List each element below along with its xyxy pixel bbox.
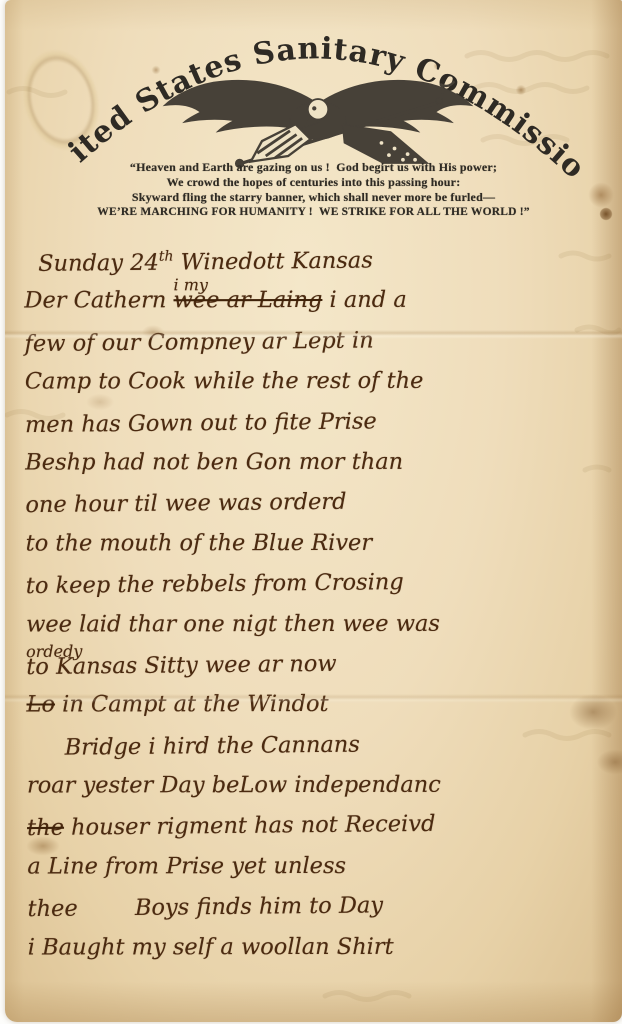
- handwritten-text: Camp to Cook while the rest of the: [25, 368, 424, 395]
- handwritten-text: i and a: [322, 287, 406, 313]
- handwritten-text: men has Gown out to fite Prise: [25, 408, 377, 438]
- handwritten-text: houser rigment has not Receivd: [64, 811, 436, 841]
- letter-line: the houser rigment has not Receivd: [27, 809, 615, 856]
- letter-line: wee laid thar one nigt then wee was: [26, 610, 614, 651]
- letter-line: men has Gown out to fite Prise: [25, 405, 613, 452]
- struck-out-text: the: [27, 815, 64, 841]
- letter-line: Sunday 24th Winedott Kansas: [24, 244, 612, 291]
- letter-line: Beshp had not ben Gon mor than: [25, 448, 613, 489]
- motto-line: WE’RE MARCHING FOR HUMANITY ! WE STRIKE …: [5, 205, 622, 220]
- letterhead-motto: “Heaven and Earth are gazing on us ! God…: [5, 160, 622, 220]
- handwritten-text: Sunday 24: [38, 250, 159, 277]
- letter-line: one hour til wee was orderd: [25, 486, 613, 533]
- handwritten-text: few of our Compney ar Lept in: [24, 327, 373, 357]
- letter-line: Camp to Cook while the rest of the: [25, 368, 613, 409]
- letter-line: to the mouth of the Blue River: [26, 529, 614, 570]
- handwritten-text: roar yester Day beLow independanc: [27, 772, 441, 799]
- handwritten-text: Bridge i hird the Cannans: [65, 731, 360, 760]
- struck-out-text: Lo: [26, 692, 55, 718]
- motto-line: We crowd the hopes of centuries into thi…: [5, 175, 622, 190]
- handwritten-text: a Line from Prise yet unless: [27, 853, 346, 880]
- handwritten-text: Beshp had not ben Gon mor than: [25, 449, 403, 476]
- motto-line: Skyward fling the starry banner, which s…: [5, 190, 622, 205]
- letter-line: Lo in Campt at the Windot: [26, 691, 614, 732]
- letter-line: to keep the rebbels from Crosing: [26, 567, 614, 614]
- letter-line: a Line from Prise yet unless: [27, 852, 615, 893]
- letter-body: Sunday 24th Winedott KansasDer Cathern i…: [24, 245, 616, 975]
- handwritten-text: in Campt at the Windot: [55, 691, 329, 717]
- handwritten-text: one hour til wee was orderd: [25, 489, 346, 518]
- eagle-emblem-icon: [153, 72, 483, 170]
- letter-line: ordedyto Kansas Sitty wee ar now: [26, 648, 614, 695]
- handwritten-text: thee Boys finds him to Day: [27, 893, 383, 923]
- letter-line: roar yester Day beLow independanc: [27, 772, 615, 813]
- scanned-letter-page: United States Sanitary Commission.: [0, 0, 622, 1024]
- handwritten-text: to the mouth of the Blue River: [26, 530, 372, 557]
- letter-line: thee Boys finds him to Day: [27, 890, 615, 937]
- handwritten-text: Der Cathern: [24, 288, 173, 314]
- motto-line: “Heaven and Earth are gazing on us ! God…: [5, 160, 622, 175]
- handwritten-text: to keep the rebbels from Crosing: [26, 569, 404, 599]
- letter-line: few of our Compney ar Lept in: [24, 325, 612, 372]
- letter-line: i Baught my self a woollan Shirt: [28, 933, 616, 974]
- paper-sheet: United States Sanitary Commission.: [5, 0, 622, 1022]
- handwritten-text: i Baught my self a woollan Shirt: [28, 934, 394, 961]
- handwritten-text: wee laid thar one nigt then wee was: [26, 610, 440, 637]
- letterhead: United States Sanitary Commission.: [5, 0, 622, 245]
- handwritten-text: Winedott Kansas: [173, 247, 373, 275]
- superscript-text: th: [159, 249, 174, 265]
- letter-line: Bridge i hird the Cannans: [27, 729, 615, 776]
- letter-line: Der Cathern i mywee ar Laing i and a: [24, 287, 612, 328]
